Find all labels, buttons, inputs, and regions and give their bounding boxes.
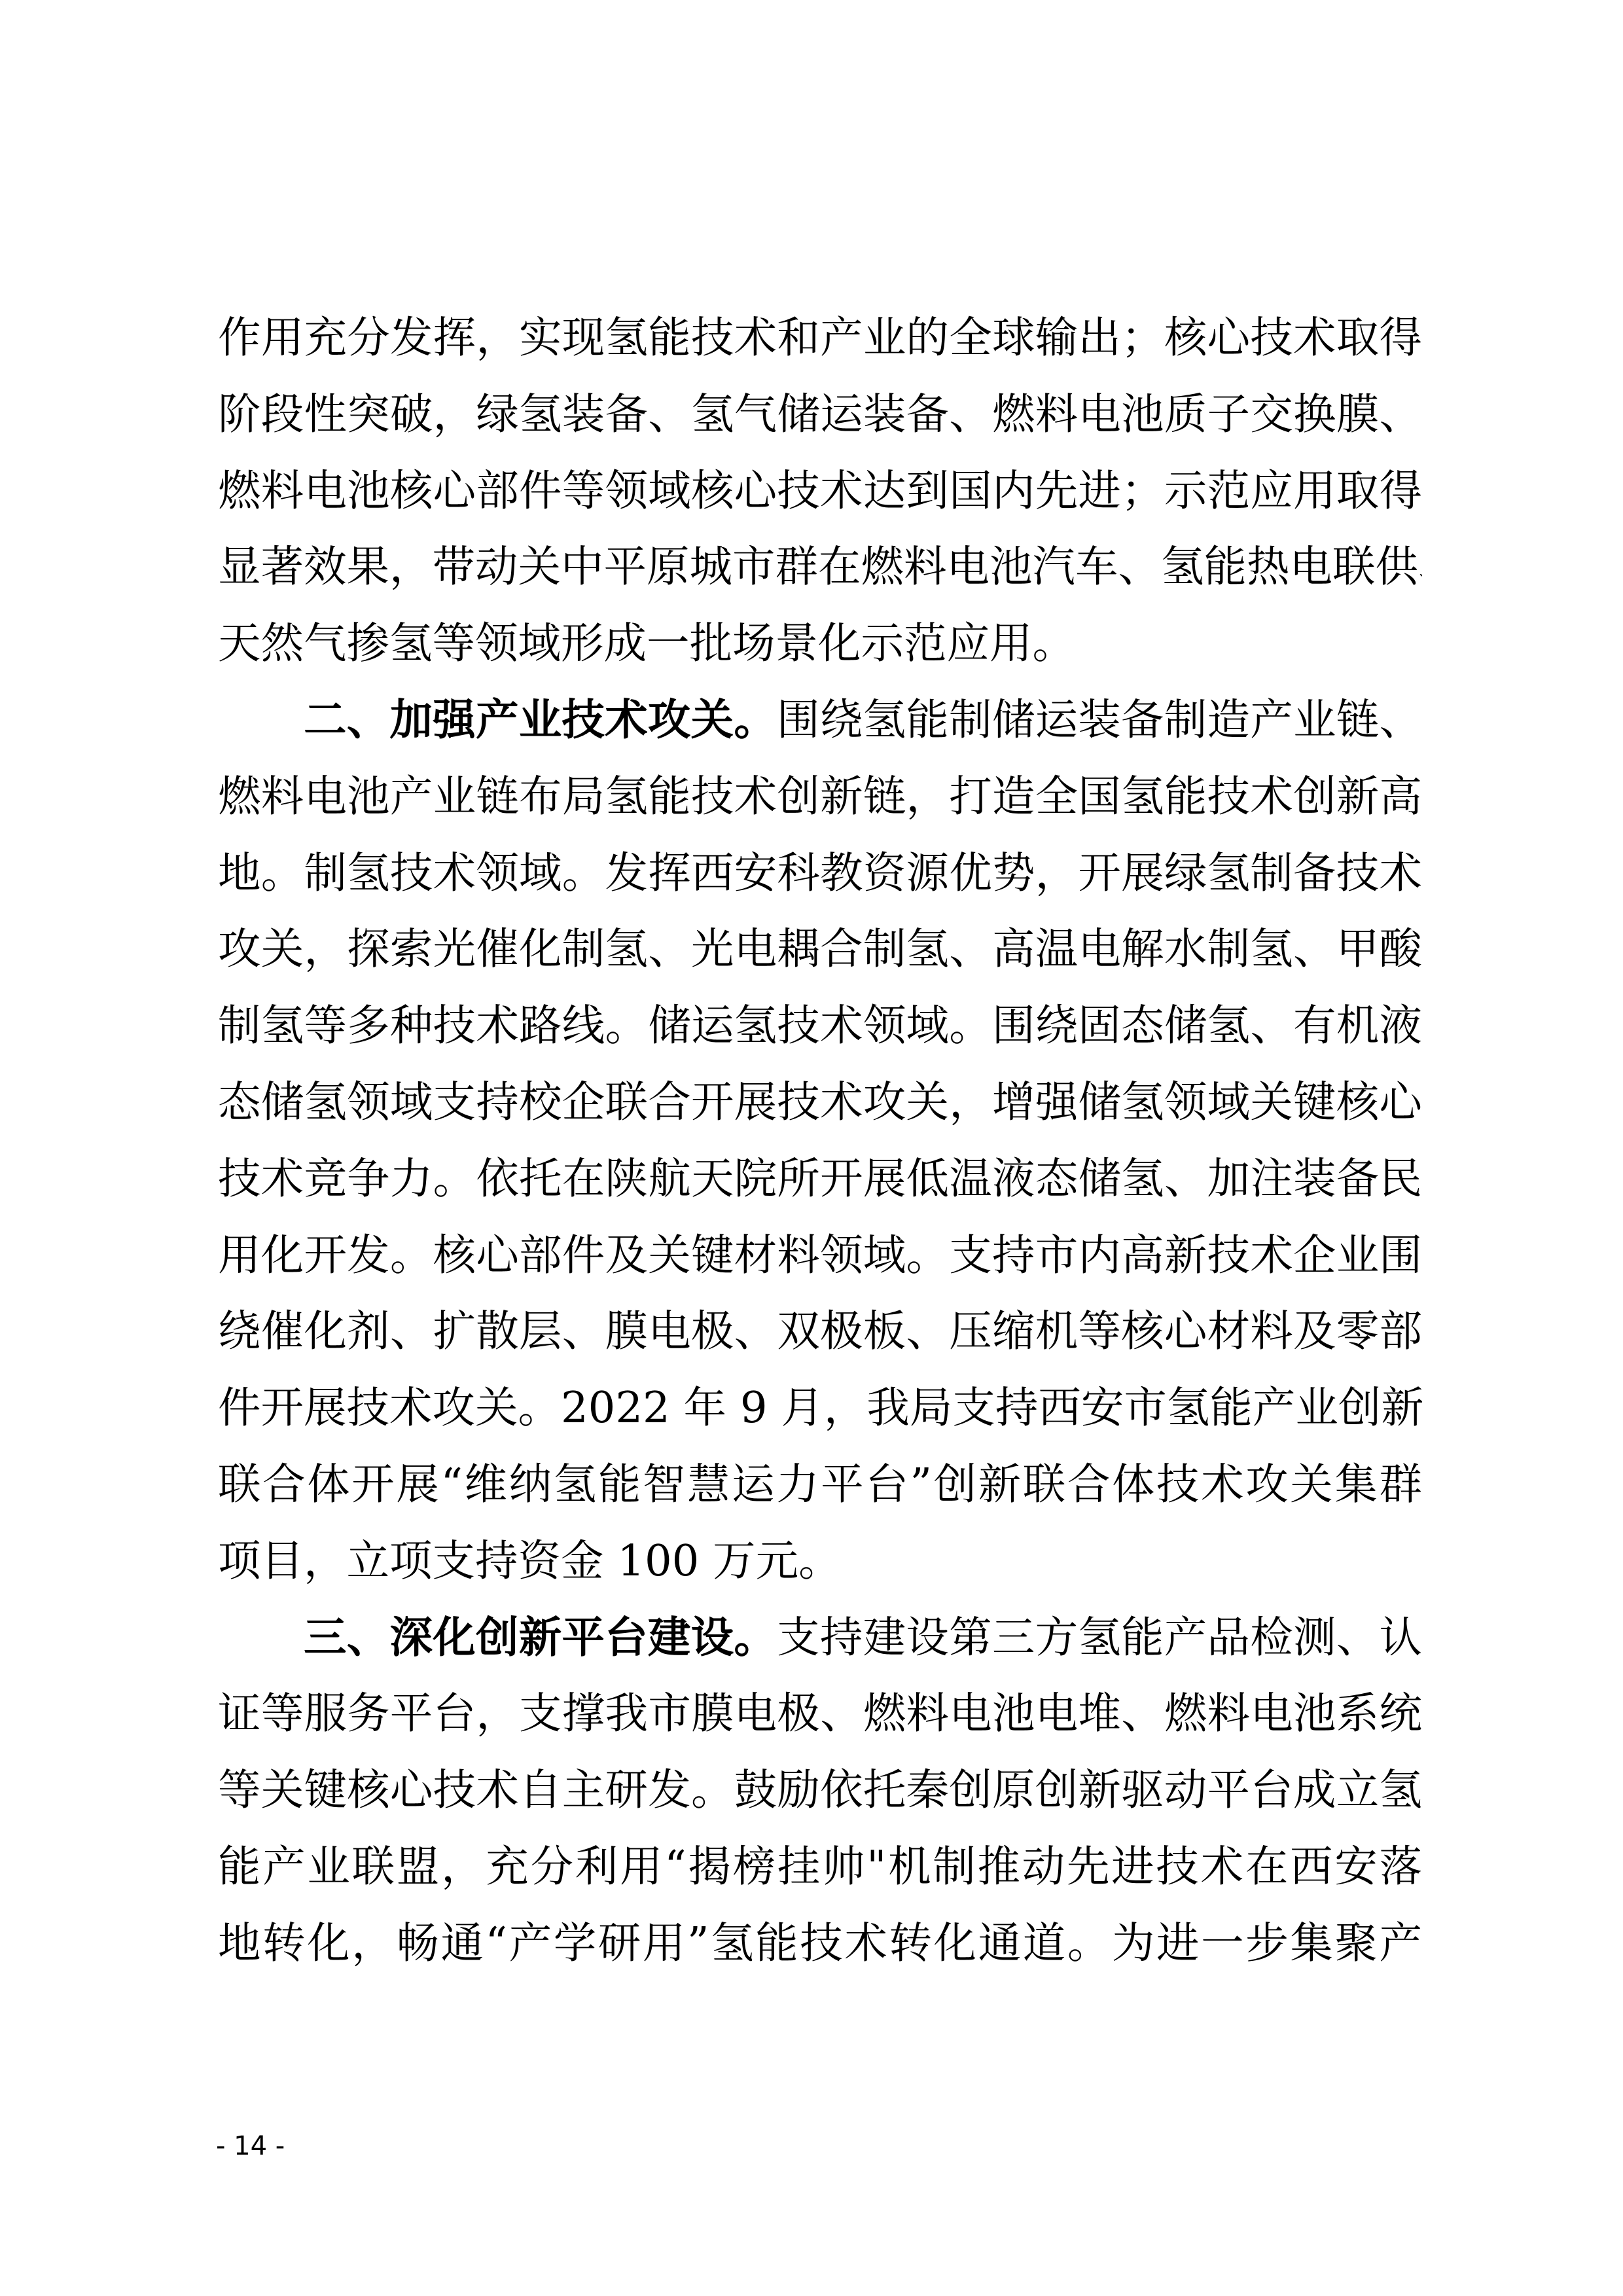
section-3-first-line: 三、深化创新平台建设。支持建设第三方氢能产品检测、认 <box>218 1600 1422 1676</box>
text-line: 攻关，探索光催化制氢、光电耦合制氢、高温电解水制氢、甲酸 <box>218 911 1422 988</box>
page-number: - 14 - <box>216 2131 285 2161</box>
text-line: 态储氢领域支持校企联合开展技术攻关，增强储氢领域关键核心 <box>218 1064 1422 1141</box>
text-line: 绕催化剂、扩散层、膜电极、双极板、压缩机等核心材料及零部 <box>218 1293 1422 1370</box>
text-line: 件开展技术攻关。2022 年 9 月，我局支持西安市氢能产业创新 <box>218 1370 1422 1446</box>
text-line: 用化开发。核心部件及关键材料领域。支持市内高新技术企业围 <box>218 1217 1422 1294</box>
text-line: 联合体开展“维纳氢能智慧运力平台”创新联合体技术攻关集群 <box>218 1446 1422 1523</box>
text-line: 显著效果，带动关中平原城市群在燃料电池汽车、氢能热电联供、 <box>218 529 1422 605</box>
body-text: 作用充分发挥，实现氢能技术和产业的全球输出；核心技术取得 阶段性突破，绿氢装备、… <box>218 300 1422 1982</box>
text-line: 地转化，畅通“产学研用”氢能技术转化通道。为进一步集聚产 <box>218 1905 1422 1982</box>
text-line: 项目，立项支持资金 100 万元。 <box>218 1523 1422 1600</box>
section-heading-3: 三、深化创新平台建设。 <box>304 1613 777 1662</box>
text-line: 燃料电池产业链布局氢能技术创新链，打造全国氢能技术创新高 <box>218 759 1422 835</box>
text-run: 支持建设第三方氢能产品检测、认 <box>777 1613 1422 1662</box>
text-line: 等关键核心技术自主研发。鼓励依托秦创原创新驱动平台成立氢 <box>218 1752 1422 1829</box>
section-2-first-line: 二、加强产业技术攻关。围绕氢能制储运装备制造产业链、 <box>218 682 1422 759</box>
text-line: 能产业联盟，充分利用“揭榜挂帅"机制推动先进技术在西安落 <box>218 1829 1422 1905</box>
text-line: 天然气掺氢等领域形成一批场景化示范应用。 <box>218 605 1422 682</box>
text-line: 地。制氢技术领域。发挥西安科教资源优势，开展绿氢制备技术 <box>218 835 1422 912</box>
text-run: 围绕氢能制储运装备制造产业链、 <box>777 695 1422 745</box>
document-page: 作用充分发挥，实现氢能技术和产业的全球输出；核心技术取得 阶段性突破，绿氢装备、… <box>0 0 1623 2296</box>
text-line: 燃料电池核心部件等领域核心技术达到国内先进；示范应用取得 <box>218 453 1422 529</box>
text-line: 作用充分发挥，实现氢能技术和产业的全球输出；核心技术取得 <box>218 300 1422 376</box>
text-line: 制氢等多种技术路线。储运氢技术领域。围绕固态储氢、有机液 <box>218 988 1422 1064</box>
text-line: 技术竞争力。依托在陕航天院所开展低温液态储氢、加注装备民 <box>218 1141 1422 1217</box>
section-heading-2: 二、加强产业技术攻关。 <box>304 695 777 745</box>
text-line: 阶段性突破，绿氢装备、氢气储运装备、燃料电池质子交换膜、 <box>218 376 1422 453</box>
text-line: 证等服务平台，支撑我市膜电极、燃料电池电堆、燃料电池系统 <box>218 1676 1422 1752</box>
